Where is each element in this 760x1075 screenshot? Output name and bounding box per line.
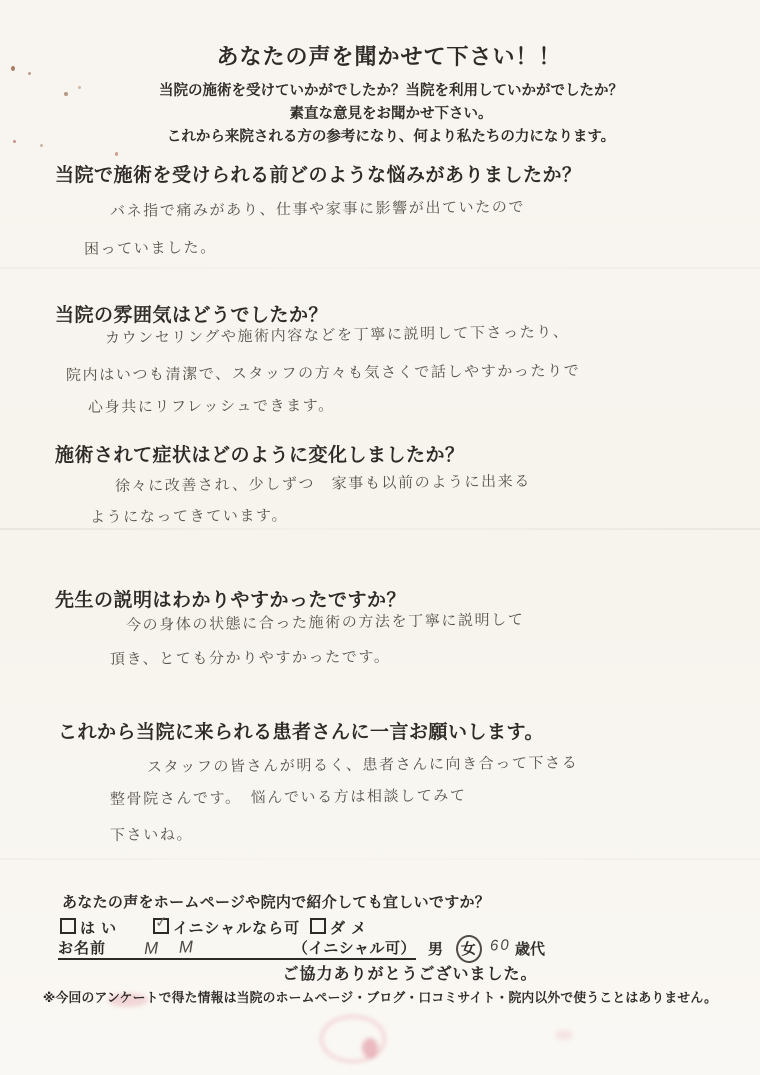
question-5-answer-line-3: 下さいね。	[110, 823, 193, 845]
intro-line-2: 素直な意見をお聞かせ下さい。	[22, 103, 760, 126]
question-5-label: これから当院に来られる患者さんに一言お願いします。	[58, 717, 544, 744]
paper-crease	[0, 858, 760, 860]
form-intro: 当院の施術を受けていかがでしたか？当院を利用していかがでしたか？ 素直な意見をお…	[0, 80, 760, 149]
question-1-answer-line-1: バネ指で痛みがあり、仕事や家事に影響が出ていたので	[110, 196, 525, 221]
question-4-label: 先生の説明はわかりやすかったですか？	[55, 585, 406, 612]
question-4-answer-line-2: 頂き、とても分かりやすかったです。	[110, 646, 391, 669]
checkbox-initials: ✓	[153, 918, 169, 934]
question-5-answer-line-1: スタッフの皆さんが明るく、患者さんに向き合って下さる	[147, 751, 579, 777]
name-row: お名前 M M （イニシャル可）	[58, 934, 416, 960]
scan-speck	[28, 72, 31, 75]
checkbox-yes	[60, 918, 76, 934]
question-3-label: 施術されて症状はどのように変化しましたか？	[55, 440, 465, 467]
initial-allowed-note: （イニシャル可）	[293, 937, 416, 958]
question-2-label: 当院の雰囲気はどうでしたか？	[55, 300, 328, 327]
name-value-handwritten: M M	[144, 937, 202, 959]
gender-female-circled: 女	[455, 934, 483, 964]
checkbox-no	[310, 918, 326, 934]
question-2-answer-line-3: 心身共にリフレッシュできます。	[88, 394, 335, 417]
scan-smudge-pink	[555, 1030, 573, 1040]
paper-crease	[0, 267, 760, 269]
thanks-message: ご協力ありがとうございました。	[0, 961, 760, 984]
question-1-answer-line-2: 困っていました。	[84, 236, 217, 259]
checkmark-icon: ✓	[154, 912, 169, 931]
age-suffix: 歳代	[515, 938, 545, 959]
scan-smudge-pink	[320, 1015, 386, 1063]
name-label: お名前	[58, 937, 106, 958]
question-5-answer-line-2: 整骨院さんです。 悩んでいる方は相談してみて	[110, 784, 467, 809]
gender-male: 男	[428, 938, 444, 959]
scan-smudge-pink	[362, 1038, 378, 1058]
form-title: あなたの声を聞かせて下さい！！	[0, 40, 760, 71]
question-2-answer-line-2: 院内はいつも清潔で、スタッフの方々も気さくで話しやすかったりで	[66, 360, 580, 385]
intro-line-3: これから来院される方の参考になり、何より私たちの力になります。	[22, 126, 760, 149]
privacy-note: ※今回のアンケートで得た情報は当院のホームページ・ブログ・口コミサイト・院内以外…	[0, 987, 760, 1006]
question-3-answer-line-2: ようになってきています。	[90, 504, 288, 527]
age-value-handwritten: 60	[490, 936, 512, 954]
paper-crease	[0, 528, 760, 530]
intro-line-1: 当院の施術を受けていかがでしたか？当院を利用していかがでしたか？	[22, 80, 760, 103]
scan-speck	[115, 152, 118, 156]
question-1-label: 当院で施術を受けられる前どのような悩みがありましたか？	[55, 160, 582, 187]
question-4-answer-line-1: 今の身体の状態に合った施術の方法を丁寧に説明して	[126, 608, 525, 635]
consent-question: あなたの声をホームページや院内で紹介しても宜しいですか？	[62, 891, 490, 912]
scanned-questionnaire: あなたの声を聞かせて下さい！！ 当院の施術を受けていかがでしたか？当院を利用して…	[0, 0, 760, 1075]
question-3-answer-line-1: 徐々に改善され、少しずつ 家事も以前のように出来る	[115, 470, 531, 496]
